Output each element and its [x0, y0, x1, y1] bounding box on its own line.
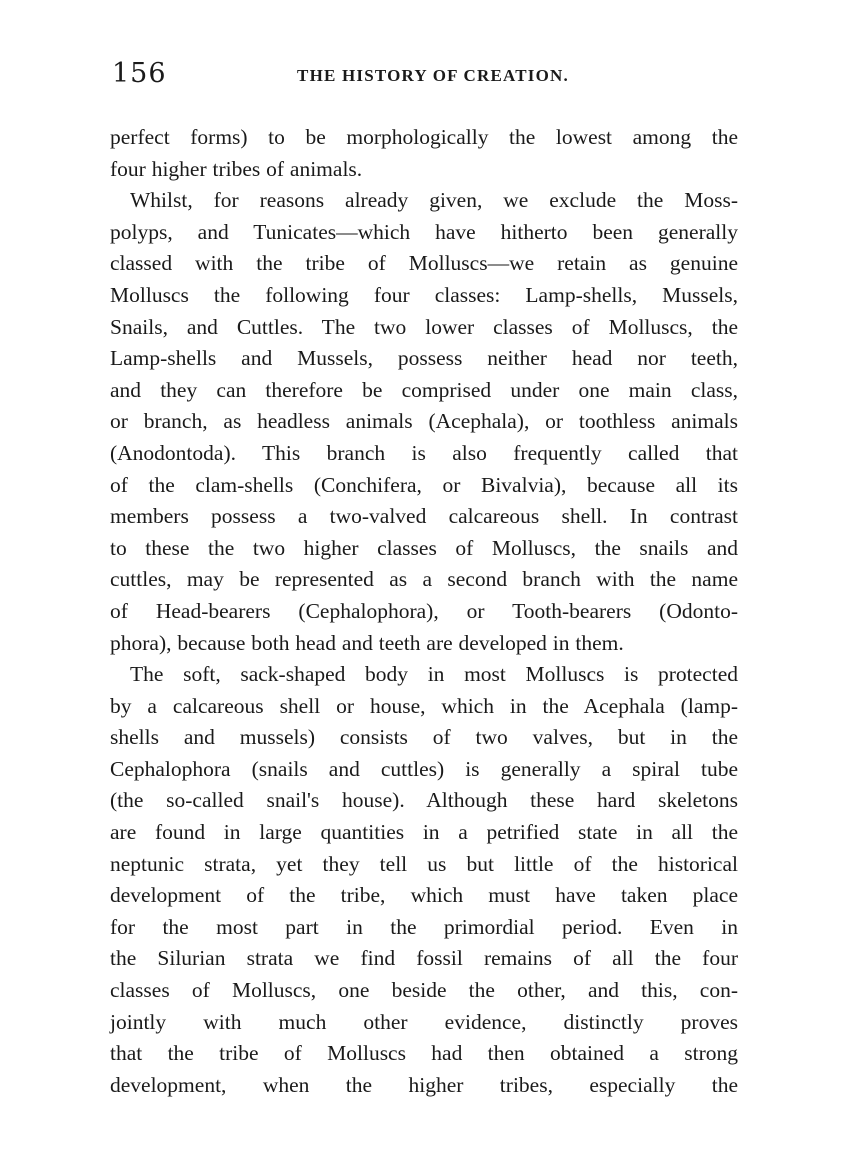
text-line: Cephalophora (snails and cuttles) is gen…: [110, 754, 738, 786]
text-line: four higher tribes of animals.: [110, 154, 738, 186]
text-line: the Silurian strata we find fossil remai…: [110, 943, 738, 975]
text-line: of Head-bearers (Cephalophora), or Tooth…: [110, 596, 738, 628]
text-line: of the clam-shells (Conchifera, or Bival…: [110, 470, 738, 502]
text-line: that the tribe of Molluscs had then obta…: [110, 1038, 738, 1070]
text-line: and they can therefore be comprised unde…: [110, 375, 738, 407]
text-line: Snails, and Cuttles. The two lower class…: [110, 312, 738, 344]
text-line: classes of Molluscs, one beside the othe…: [110, 975, 738, 1007]
text-line: shells and mussels) consists of two valv…: [110, 722, 738, 754]
text-line: phora), because both head and teeth are …: [110, 628, 738, 660]
paragraph-3: The soft, sack-shaped body in most Mollu…: [110, 659, 738, 1101]
text-line: (Anodontoda). This branch is also freque…: [110, 438, 738, 470]
text-line: Lamp-shells and Mussels, possess neither…: [110, 343, 738, 375]
text-line: or branch, as headless animals (Acephala…: [110, 406, 738, 438]
text-line: for the most part in the primordial peri…: [110, 912, 738, 944]
text-line: neptunic strata, yet they tell us but li…: [110, 849, 738, 881]
text-line: The soft, sack-shaped body in most Mollu…: [110, 659, 738, 691]
text-line: Molluscs the following four classes: Lam…: [110, 280, 738, 312]
text-line: development of the tribe, which must hav…: [110, 880, 738, 912]
body-text: perfect forms) to be morphologically the…: [110, 122, 738, 1101]
text-line: Whilst, for reasons already given, we ex…: [110, 185, 738, 217]
running-head: 156 THE HISTORY OF CREATION.: [110, 58, 738, 98]
running-title: THE HISTORY OF CREATION.: [110, 66, 738, 86]
paragraph-2: Whilst, for reasons already given, we ex…: [110, 185, 738, 659]
text-line: development, when the higher tribes, esp…: [110, 1070, 738, 1102]
text-line: members possess a two-valved calcareous …: [110, 501, 738, 533]
text-line: cuttles, may be represented as a second …: [110, 564, 738, 596]
text-line: polyps, and Tunicates—which have hithert…: [110, 217, 738, 249]
text-line: classed with the tribe of Molluscs—we re…: [110, 248, 738, 280]
paragraph-1: perfect forms) to be morphologically the…: [110, 122, 738, 185]
text-line: perfect forms) to be morphologically the…: [110, 122, 738, 154]
text-line: to these the two higher classes of Mollu…: [110, 533, 738, 565]
text-line: are found in large quantities in a petri…: [110, 817, 738, 849]
text-line: by a calcareous shell or house, which in…: [110, 691, 738, 723]
book-page: 156 THE HISTORY OF CREATION. perfect for…: [110, 58, 738, 1101]
text-line: jointly with much other evidence, distin…: [110, 1007, 738, 1039]
text-line: (the so-called snail's house). Although …: [110, 785, 738, 817]
